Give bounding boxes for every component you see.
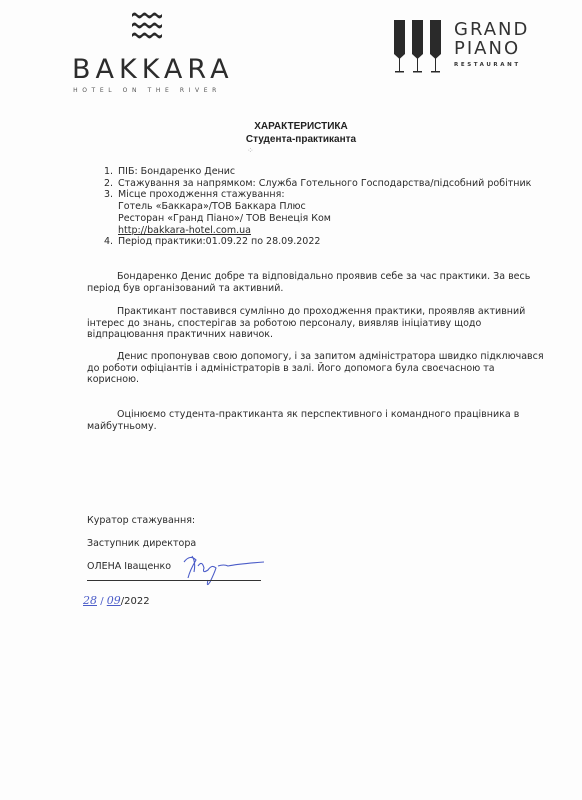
grand-piano-line1: GRAND	[454, 20, 529, 39]
list-item-period: 4.Період практики:01.09.22 по 28.09.2022	[104, 236, 574, 248]
list-item-place: 3.Місце проходження стажування:	[104, 189, 574, 201]
curator-label: Куратор стажування:	[87, 515, 195, 526]
paragraph-2: Практикант поставився сумлінно до проход…	[87, 306, 547, 341]
scan-speck: ⁘	[247, 146, 254, 155]
date-month: 09	[107, 594, 121, 607]
bakkara-name: BAKKARA	[72, 56, 222, 84]
signature-line	[87, 580, 261, 581]
list-item-name: 1.ПІБ: Бондаренко Денис	[104, 166, 574, 178]
paragraph-4: Оцінюємо студента-практиканта як перспек…	[87, 409, 547, 432]
grand-piano-logo: GRAND PIANO RESTAURANT	[392, 20, 532, 76]
paragraph-1: Бондаренко Денис добре та відповідально …	[87, 271, 547, 294]
bakkara-logo: BAKKARA HOTEL ON THE RIVER	[72, 8, 222, 94]
waves-icon	[130, 8, 164, 42]
piano-glasses-icon	[392, 20, 448, 76]
curator-position: Заступник директора	[87, 538, 196, 549]
grand-piano-line2: PIANO	[454, 39, 529, 58]
place-hotel: Готель «Баккара»/ТОВ Баккара Плюс	[104, 201, 574, 213]
list-item-direction: 2.Стажування за напрямком: Служба Готель…	[104, 178, 574, 190]
website-link[interactable]: http://bakkara-hotel.com.ua	[118, 225, 251, 236]
document-page: BAKKARA HOTEL ON THE RIVER GRAND PIANO R…	[0, 0, 582, 800]
title-line1: ХАРАКТЕРИСТИКА	[0, 120, 582, 133]
bakkara-tagline: HOTEL ON THE RIVER	[72, 87, 222, 94]
date-year: /2022	[121, 596, 150, 607]
place-restaurant: Ресторан «Гранд Піано»/ ТОВ Венеція Ком	[104, 213, 574, 225]
info-list: 1.ПІБ: Бондаренко Денис 2.Стажування за …	[104, 166, 574, 248]
grand-piano-line3: RESTAURANT	[454, 62, 529, 68]
document-title: ХАРАКТЕРИСТИКА Студента-практиканта	[0, 120, 582, 146]
curator-name: ОЛЕНА Іващенко	[87, 561, 171, 572]
date-day: 28	[83, 594, 97, 607]
paragraph-3: Денис пропонував свою допомогу, і за зап…	[87, 351, 547, 386]
title-line2: Студента-практиканта	[0, 133, 582, 146]
signature-date: 28 / 09/2022	[83, 594, 150, 607]
